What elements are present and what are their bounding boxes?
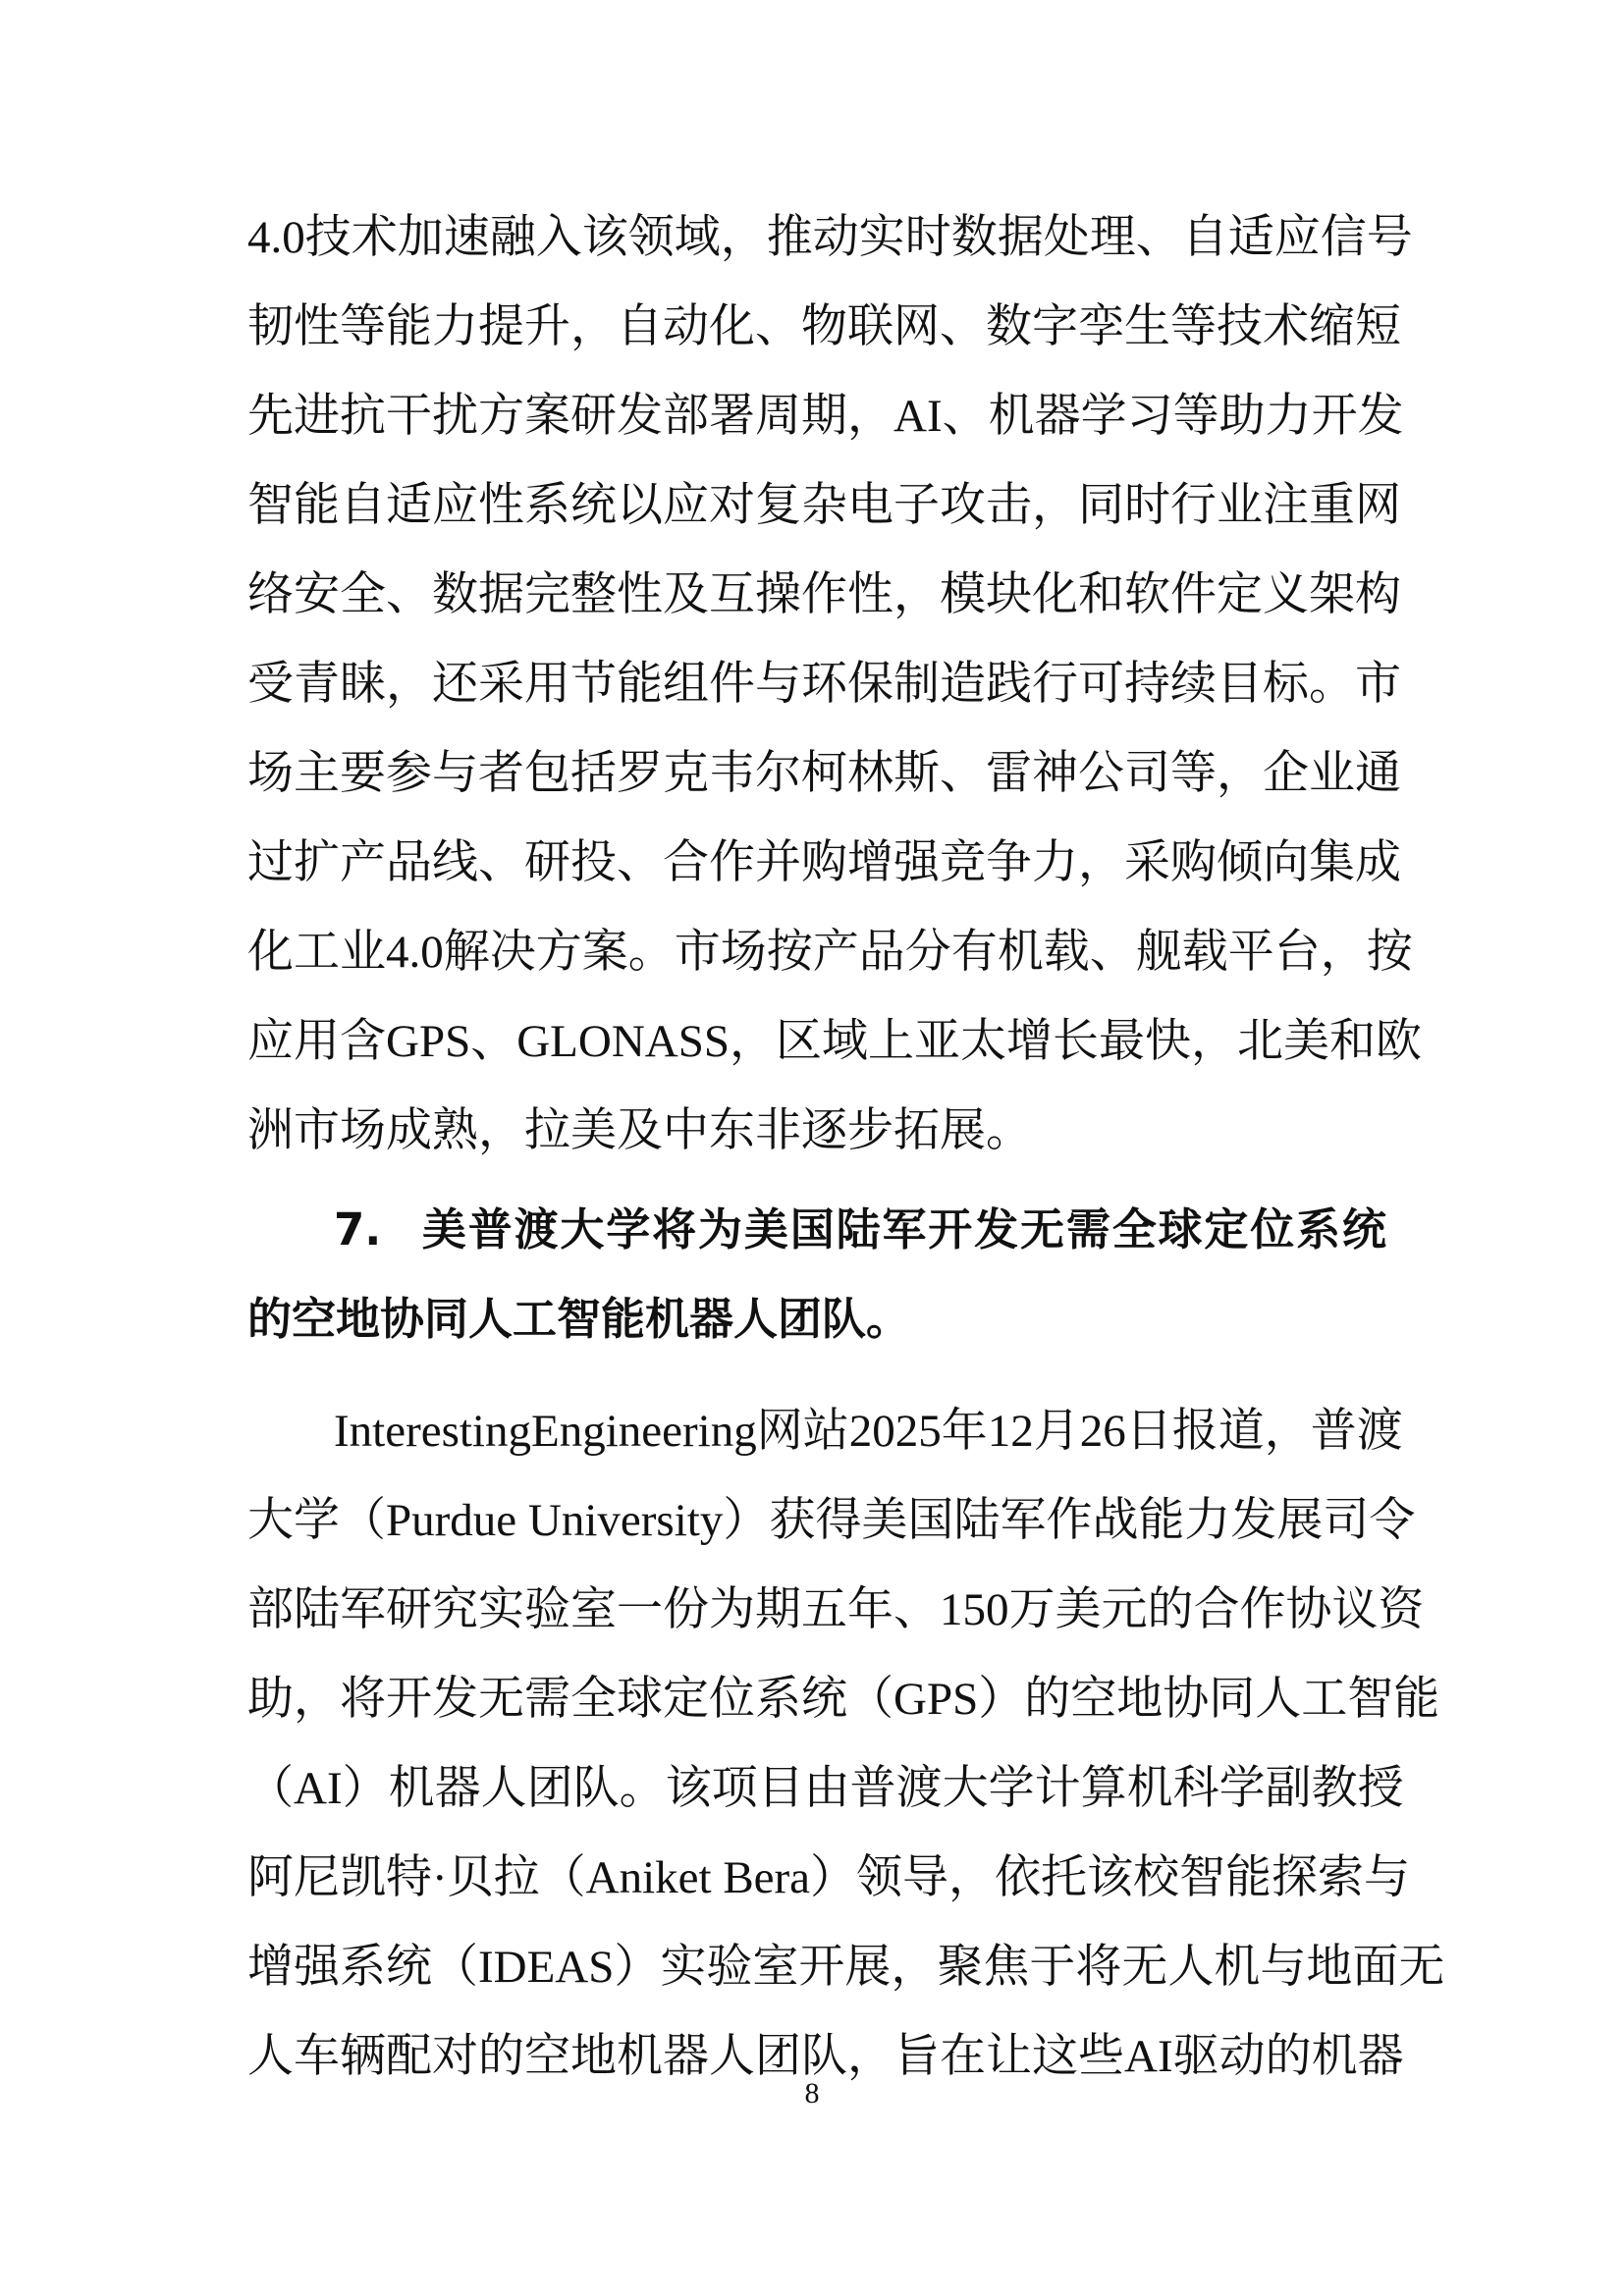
text-line: InterestingEngineering网站2025年12月26日报道，普渡 — [334, 1387, 1386, 1476]
text-line: 受青睐，还采用节能组件与环保制造践行可持续目标。市 — [247, 640, 1386, 729]
text-line: 络安全、数据完整性及互操作性，模块化和软件定义架构 — [247, 551, 1386, 640]
text-line: （AI）机器人团队。该项目由普渡大学计算机科学副教授 — [247, 1744, 1386, 1834]
text-line: 场主要参与者包括罗克韦尔柯林斯、雷神公司等，企业通 — [247, 729, 1386, 819]
text-line: 大学（Purdue University）获得美国陆军作战能力发展司令 — [247, 1476, 1386, 1566]
text-line: 韧性等能力提升，自动化、物联网、数字孪生等技术缩短 — [247, 283, 1386, 372]
heading-text: 美普渡大学将为美国陆军开发无需全球定位系统 — [420, 1203, 1386, 1255]
text-line: 阿尼凯特·贝拉（Aniket Bera）领导，依托该校智能探索与 — [247, 1834, 1386, 1923]
text-line: 洲市场成熟，拉美及中东非逐步拓展。 — [247, 1087, 1386, 1176]
text-line: 先进抗干扰方案研发部署周期，AI、机器学习等助力开发 — [247, 372, 1386, 461]
text-line: 助，将开发无需全球定位系统（GPS）的空地协同人工智能 — [247, 1655, 1386, 1744]
text-line: 部陆军研究实验室一份为期五年、150万美元的合作协议资 — [247, 1566, 1386, 1655]
page-number: 8 — [0, 2077, 1624, 2110]
heading-line-1: 7.美普渡大学将为美国陆军开发无需全球定位系统 — [334, 1185, 1386, 1274]
document-page: 4.0技术加速融入该领域，推动实时数据处理、自适应信号 韧性等能力提升，自动化、… — [0, 0, 1624, 2296]
heading-line-2: 的空地协同人工智能机器人团队。 — [247, 1274, 1386, 1363]
text-line: 智能自适应性系统以应对复杂电子攻击，同时行业注重网 — [247, 461, 1386, 551]
text-line: 过扩产品线、研投、合作并购增强竞争力，采购倾向集成 — [247, 819, 1386, 908]
heading-number: 7. — [334, 1185, 420, 1274]
text-line: 化工业4.0解决方案。市场按产品分有机载、舰载平台，按 — [247, 908, 1386, 997]
text-line: 4.0技术加速融入该领域，推动实时数据处理、自适应信号 — [247, 193, 1386, 283]
text-line: 应用含GPS、GLONASS，区域上亚太增长最快，北美和欧 — [247, 997, 1386, 1087]
text-line: 增强系统（IDEAS）实验室开展，聚焦于将无人机与地面无 — [247, 1923, 1386, 2012]
